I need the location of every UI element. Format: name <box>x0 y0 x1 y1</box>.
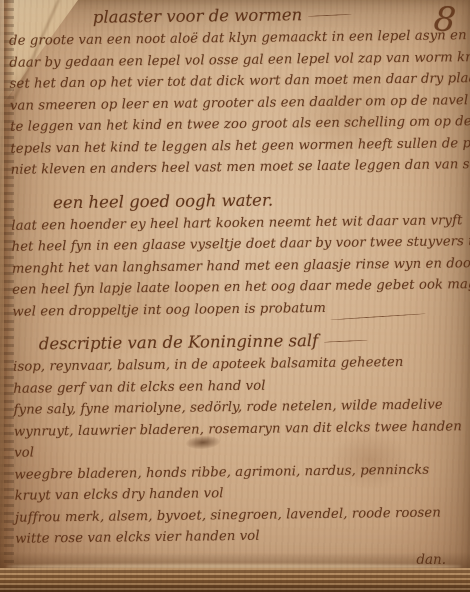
flourish-line <box>308 13 352 16</box>
book-page-stack-edge <box>0 568 470 592</box>
flourish-line <box>330 313 426 320</box>
recipe-title-text: een heel goed oogh water. <box>53 188 273 215</box>
manuscript-text: plaaster voor de wormen de groote van ee… <box>9 1 466 550</box>
flourish-line <box>324 339 368 342</box>
recipe-title-text: descriptie van de Koninginne salf <box>39 329 319 356</box>
binding-edge-highlight <box>0 0 4 592</box>
recipe-title-text: plaaster voor de wormen <box>93 3 303 30</box>
recipe-section-queens-salve: descriptie van de Koninginne salf isop, … <box>13 327 466 550</box>
manuscript-page-photo: 8 plaaster voor de wormen de groote van … <box>0 0 470 592</box>
manuscript-line-text: wel een droppeltje int oog loopen is pro… <box>12 297 326 322</box>
manuscript-line: niet kleven en anders heel vast men moet… <box>11 154 461 181</box>
manuscript-line: witte rose van elcks vier handen vol <box>15 523 465 550</box>
recipe-section-eye-water: een heel goed oogh water. laat een hoend… <box>11 186 463 323</box>
recipe-section-worm-plaster: plaaster voor de wormen de groote van ee… <box>9 1 461 181</box>
manuscript-line: wel een droppeltje int oog loopen is pro… <box>12 296 462 323</box>
